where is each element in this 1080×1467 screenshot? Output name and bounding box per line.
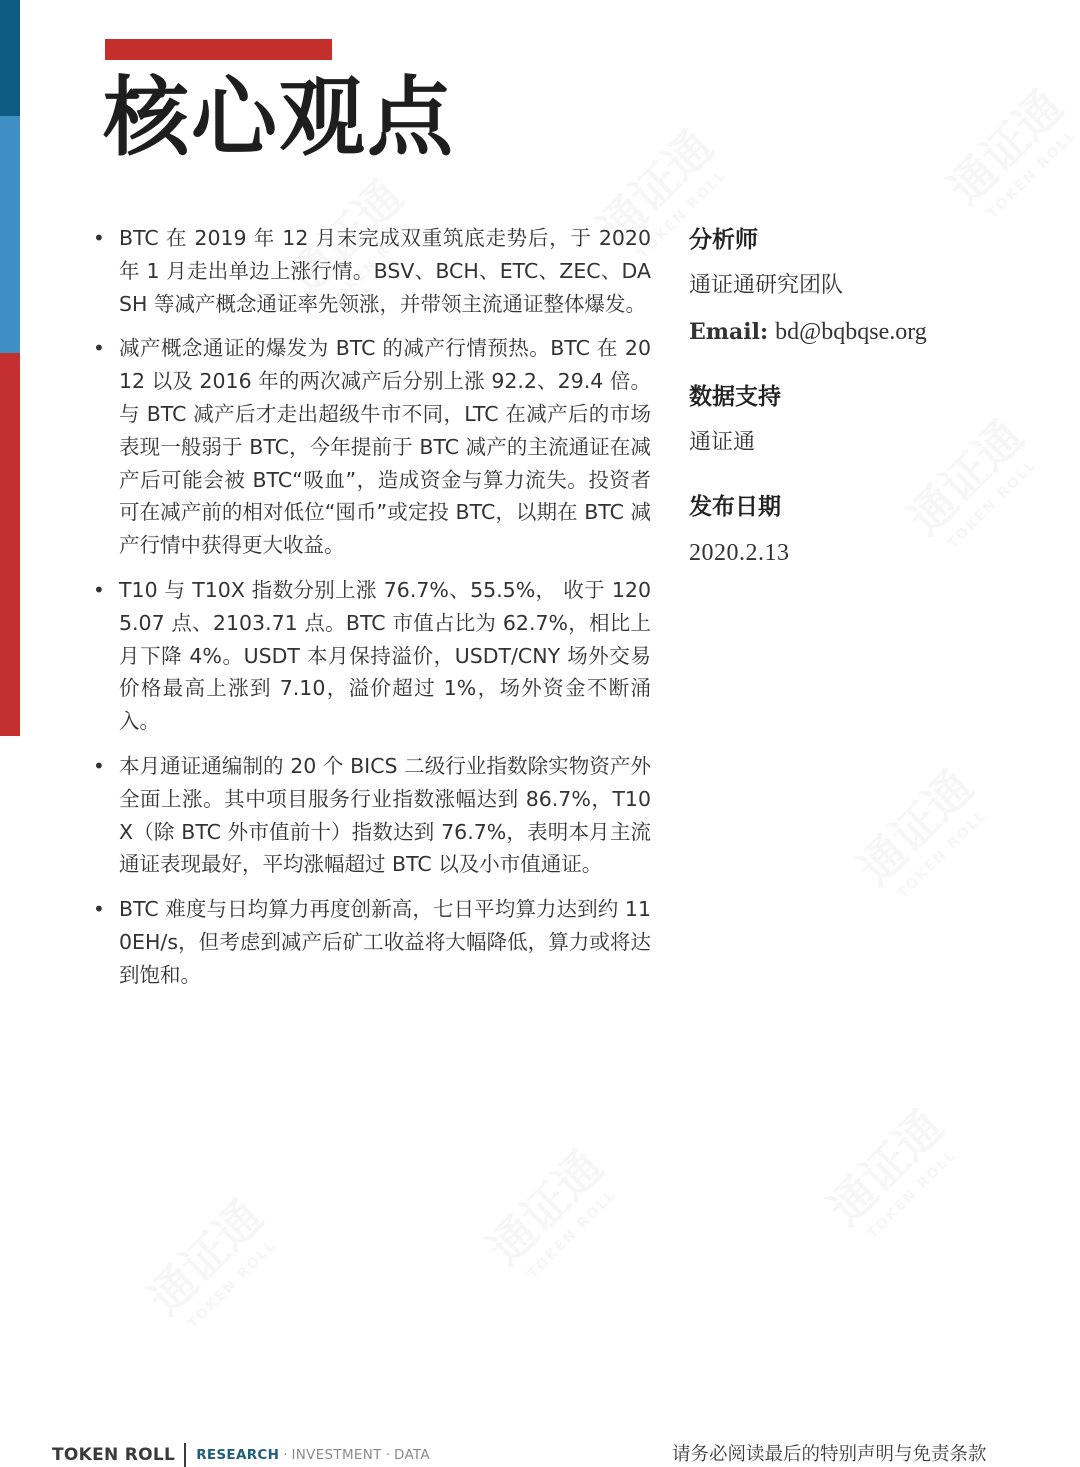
key-points-list: • BTC 在 2019 年 12 月末完成双重筑底走势后，于 2020 年 1…	[86, 222, 651, 1004]
data-support-section: 数据支持 通证通	[689, 379, 1029, 461]
analyst-email-row: Email: bd@bqbqse.org	[689, 314, 1029, 351]
side-accent-bar-red	[0, 353, 20, 736]
email-link[interactable]: bd@bqbqse.org	[775, 319, 927, 345]
data-support-value: 通证通	[689, 425, 1029, 461]
list-item: • 减产概念通证的爆发为 BTC 的减产行情预热。BTC 在 2012 以及 2…	[86, 332, 651, 562]
brand-name: TOKEN ROLL	[52, 1445, 175, 1465]
analyst-team: 通证通研究团队	[689, 268, 1029, 304]
analyst-heading: 分析师	[689, 222, 1029, 258]
list-item-text: T10 与 T10X 指数分别上涨 76.7%、55.5%， 收于 1205.0…	[119, 578, 651, 733]
tagline-separator: ·	[386, 1447, 390, 1463]
watermark: 通证通TOKEN ROLL	[811, 1093, 967, 1249]
tagline-separator: ·	[283, 1447, 287, 1463]
list-item: • 本月通证通编制的 20 个 BICS 二级行业指数除实物资产外全面上涨。其中…	[86, 750, 651, 881]
bullet-icon: •	[93, 750, 105, 783]
watermark: 通证通TOKEN ROLL	[131, 1183, 287, 1339]
bullet-icon: •	[93, 893, 105, 926]
publish-date-section: 发布日期 2020.2.13	[689, 489, 1029, 571]
publish-date-heading: 发布日期	[689, 489, 1029, 525]
brand-divider	[184, 1443, 186, 1467]
analyst-section: 分析师 通证通研究团队 Email: bd@bqbqse.org	[689, 222, 1029, 351]
watermark: 通证通TOKEN ROLL	[471, 1133, 627, 1289]
side-accent-bar-dark-blue	[0, 0, 20, 116]
title-accent-rule	[105, 39, 332, 60]
tagline-data: DATA	[394, 1447, 430, 1463]
publish-date-value: 2020.2.13	[689, 535, 1029, 571]
tagline-investment: INVESTMENT	[292, 1447, 382, 1463]
list-item-text: BTC 在 2019 年 12 月末完成双重筑底走势后，于 2020 年 1 月…	[119, 226, 651, 316]
tagline-research: RESEARCH	[196, 1447, 279, 1463]
footer-brand: TOKEN ROLL RESEARCH · INVESTMENT · DATA	[52, 1442, 430, 1467]
watermark: 通证通TOKEN ROLL	[841, 753, 997, 909]
side-accent-bar-light-blue	[0, 116, 20, 353]
footer-disclaimer: 请务必阅读最后的特别声明与免责条款	[672, 1440, 987, 1466]
list-item: • BTC 在 2019 年 12 月末完成双重筑底走势后，于 2020 年 1…	[86, 222, 651, 320]
list-item-text: 减产概念通证的爆发为 BTC 的减产行情预热。BTC 在 2012 以及 201…	[119, 336, 651, 557]
list-item: • BTC 难度与日均算力再度创新高，七日平均算力达到约 110EH/s，但考虑…	[86, 893, 651, 991]
page-title: 核心观点	[103, 68, 455, 168]
bullet-icon: •	[93, 574, 105, 607]
data-support-heading: 数据支持	[689, 379, 1029, 415]
report-meta: 分析师 通证通研究团队 Email: bd@bqbqse.org 数据支持 通证…	[689, 222, 1029, 599]
bullet-icon: •	[93, 222, 105, 255]
bullet-icon: •	[93, 332, 105, 365]
list-item: • T10 与 T10X 指数分别上涨 76.7%、55.5%， 收于 1205…	[86, 574, 651, 738]
email-label: Email:	[689, 319, 768, 345]
list-item-text: BTC 难度与日均算力再度创新高，七日平均算力达到约 110EH/s，但考虑到减…	[119, 897, 651, 987]
watermark: 通证通TOKEN ROLL	[931, 73, 1080, 229]
list-item-text: 本月通证通编制的 20 个 BICS 二级行业指数除实物资产外全面上涨。其中项目…	[119, 754, 651, 876]
